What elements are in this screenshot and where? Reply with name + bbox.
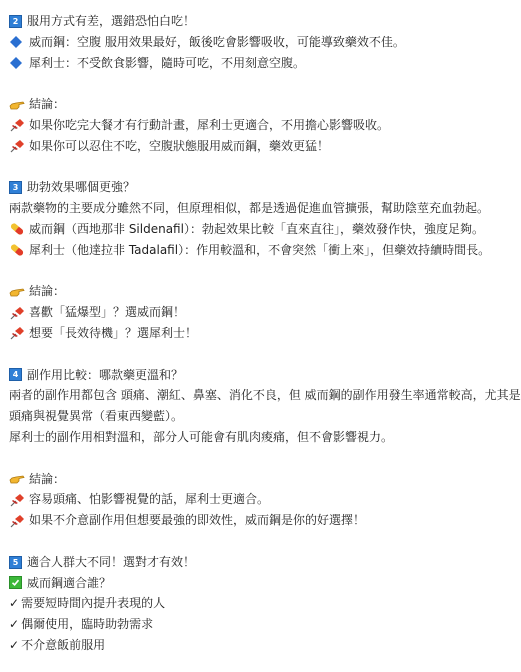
pointing-hand-icon [9, 285, 25, 299]
check-box-icon [9, 576, 22, 589]
bullet-text: 威而鋼：空腹 服用效果最好，飯後吃會影響吸收，可能導致藥效不佳。 [29, 32, 405, 53]
pointing-hand-icon [9, 472, 25, 486]
check-mark-icon: ✓ [9, 635, 19, 656]
pill-icon [9, 222, 25, 236]
paragraph-line: 頭痛與視覺異常（看東西變藍）。 [9, 406, 521, 427]
checklist-text: 偶爾使用，臨時助勃需求 [21, 614, 153, 635]
check-mark-icon: ✓ [9, 593, 19, 614]
paragraph-line: 兩款藥物的主要成分雖然不同，但原理相似，都是透過促進血管擴張，幫助陰莖充血勃起。 [9, 198, 521, 219]
paragraph-text: 犀利士的副作用相對溫和，部分人可能會有肌肉痠痛，但不會影響視力。 [9, 427, 393, 448]
conclusion-item: 如果不介意副作用但想要最強的即效性，威而鋼是你的好選擇！ [9, 510, 521, 531]
checklist-text: 需要短時間內提升表現的人 [21, 593, 165, 614]
conclusion-text: 如果你可以忍住不吃，空腹狀態服用威而鋼，藥效更猛！ [29, 136, 329, 157]
conclusion-text: 結論： [29, 94, 65, 115]
checklist-item: ✓ 需要短時間內提升表現的人 [9, 593, 521, 614]
pushpin-icon [9, 493, 25, 507]
checklist-item: ✓ 偶爾使用，臨時助勃需求 [9, 614, 521, 635]
conclusion-text: 容易頭痛、怕影響視覺的話，犀利士更適合。 [29, 489, 269, 510]
keycap-5-icon: 5 [9, 556, 22, 569]
paragraph-text: 兩款藥物的主要成分雖然不同，但原理相似，都是透過促進血管擴張，幫助陰莖充血勃起。 [9, 198, 489, 219]
conclusion-text: 如果你吃完大餐才有行動計畫，犀利士更適合，不用擔心影響吸收。 [29, 115, 389, 136]
bullet-item: 威而鋼：空腹 服用效果最好，飯後吃會影響吸收，可能導致藥效不佳。 [9, 32, 521, 53]
paragraph-text: 兩者的副作用都包含 頭痛、潮紅、鼻塞、消化不良，但 威而鋼的副作用發生率通常較高… [9, 385, 521, 406]
bullet-item: 犀利士：不受飲食影響，隨時可吃，不用刻意空腹。 [9, 53, 521, 74]
pointing-hand-icon [9, 98, 25, 112]
pill-icon [9, 243, 25, 257]
conclusion-text: 結論： [29, 281, 65, 302]
pushpin-icon [9, 139, 25, 153]
keycap-2-icon: 2 [9, 15, 22, 28]
conclusion-item: 容易頭痛、怕影響視覺的話，犀利士更適合。 [9, 489, 521, 510]
conclusion-label: 結論： [9, 469, 521, 490]
article-body: 2 服用方式有差，選錯恐怕白吃！ 威而鋼：空腹 服用效果最好，飯後吃會影響吸收，… [0, 0, 521, 656]
bullet-text: 威而鋼（西地那非 Sildenafil）：勃起效果比較「直來直往」，藥效發作快，… [29, 219, 484, 240]
section-title: 適合人群大不同！選對才有效！ [27, 552, 195, 573]
pushpin-icon [9, 326, 25, 340]
section-title: 服用方式有差，選錯恐怕白吃！ [27, 11, 195, 32]
pushpin-icon [9, 118, 25, 132]
pushpin-icon [9, 306, 25, 320]
blue-diamond-icon [9, 35, 25, 49]
subheading-text: 威而鋼適合誰？ [27, 573, 111, 594]
section-title: 助勃效果哪個更強？ [27, 177, 135, 198]
bullet-item: 威而鋼（西地那非 Sildenafil）：勃起效果比較「直來直往」，藥效發作快，… [9, 219, 521, 240]
conclusion-text: 想要「長效待機」？選犀利士！ [29, 323, 197, 344]
section-heading-2: 2 服用方式有差，選錯恐怕白吃！ [9, 11, 521, 32]
checklist-item: ✓ 不介意飯前服用 [9, 635, 521, 656]
conclusion-label: 結論： [9, 281, 521, 302]
paragraph-text: 頭痛與視覺異常（看東西變藍）。 [9, 406, 183, 427]
conclusion-item: 想要「長效待機」？選犀利士！ [9, 323, 521, 344]
blue-diamond-icon [9, 56, 25, 70]
pushpin-icon [9, 514, 25, 528]
keycap-3-icon: 3 [9, 181, 22, 194]
paragraph-line: 犀利士的副作用相對溫和，部分人可能會有肌肉痠痛，但不會影響視力。 [9, 427, 521, 448]
conclusion-text: 喜歡「猛爆型」？選威而鋼！ [29, 302, 185, 323]
bullet-text: 犀利士：不受飲食影響，隨時可吃，不用刻意空腹。 [29, 53, 305, 74]
keycap-4-icon: 4 [9, 368, 22, 381]
bullet-text: 犀利士（他達拉非 Tadalafil）：作用較溫和，不會突然「衝上來」，但藥效持… [29, 240, 490, 261]
conclusion-text: 結論： [29, 469, 65, 490]
check-mark-icon: ✓ [9, 614, 19, 635]
paragraph-line: 兩者的副作用都包含 頭痛、潮紅、鼻塞、消化不良，但 威而鋼的副作用發生率通常較高… [9, 385, 521, 406]
conclusion-text: 如果不介意副作用但想要最強的即效性，威而鋼是你的好選擇！ [29, 510, 365, 531]
conclusion-item: 如果你可以忍住不吃，空腹狀態服用威而鋼，藥效更猛！ [9, 136, 521, 157]
section-title: 副作用比較：哪款藥更溫和？ [27, 365, 183, 386]
conclusion-item: 喜歡「猛爆型」？選威而鋼！ [9, 302, 521, 323]
conclusion-label: 結論： [9, 94, 521, 115]
conclusion-item: 如果你吃完大餐才有行動計畫，犀利士更適合，不用擔心影響吸收。 [9, 115, 521, 136]
checklist-text: 不介意飯前服用 [21, 635, 105, 656]
subheading: 威而鋼適合誰？ [9, 573, 521, 594]
section-heading-5: 5 適合人群大不同！選對才有效！ [9, 552, 521, 573]
section-heading-4: 4 副作用比較：哪款藥更溫和？ [9, 365, 521, 386]
section-heading-3: 3 助勃效果哪個更強？ [9, 177, 521, 198]
bullet-item: 犀利士（他達拉非 Tadalafil）：作用較溫和，不會突然「衝上來」，但藥效持… [9, 240, 521, 261]
